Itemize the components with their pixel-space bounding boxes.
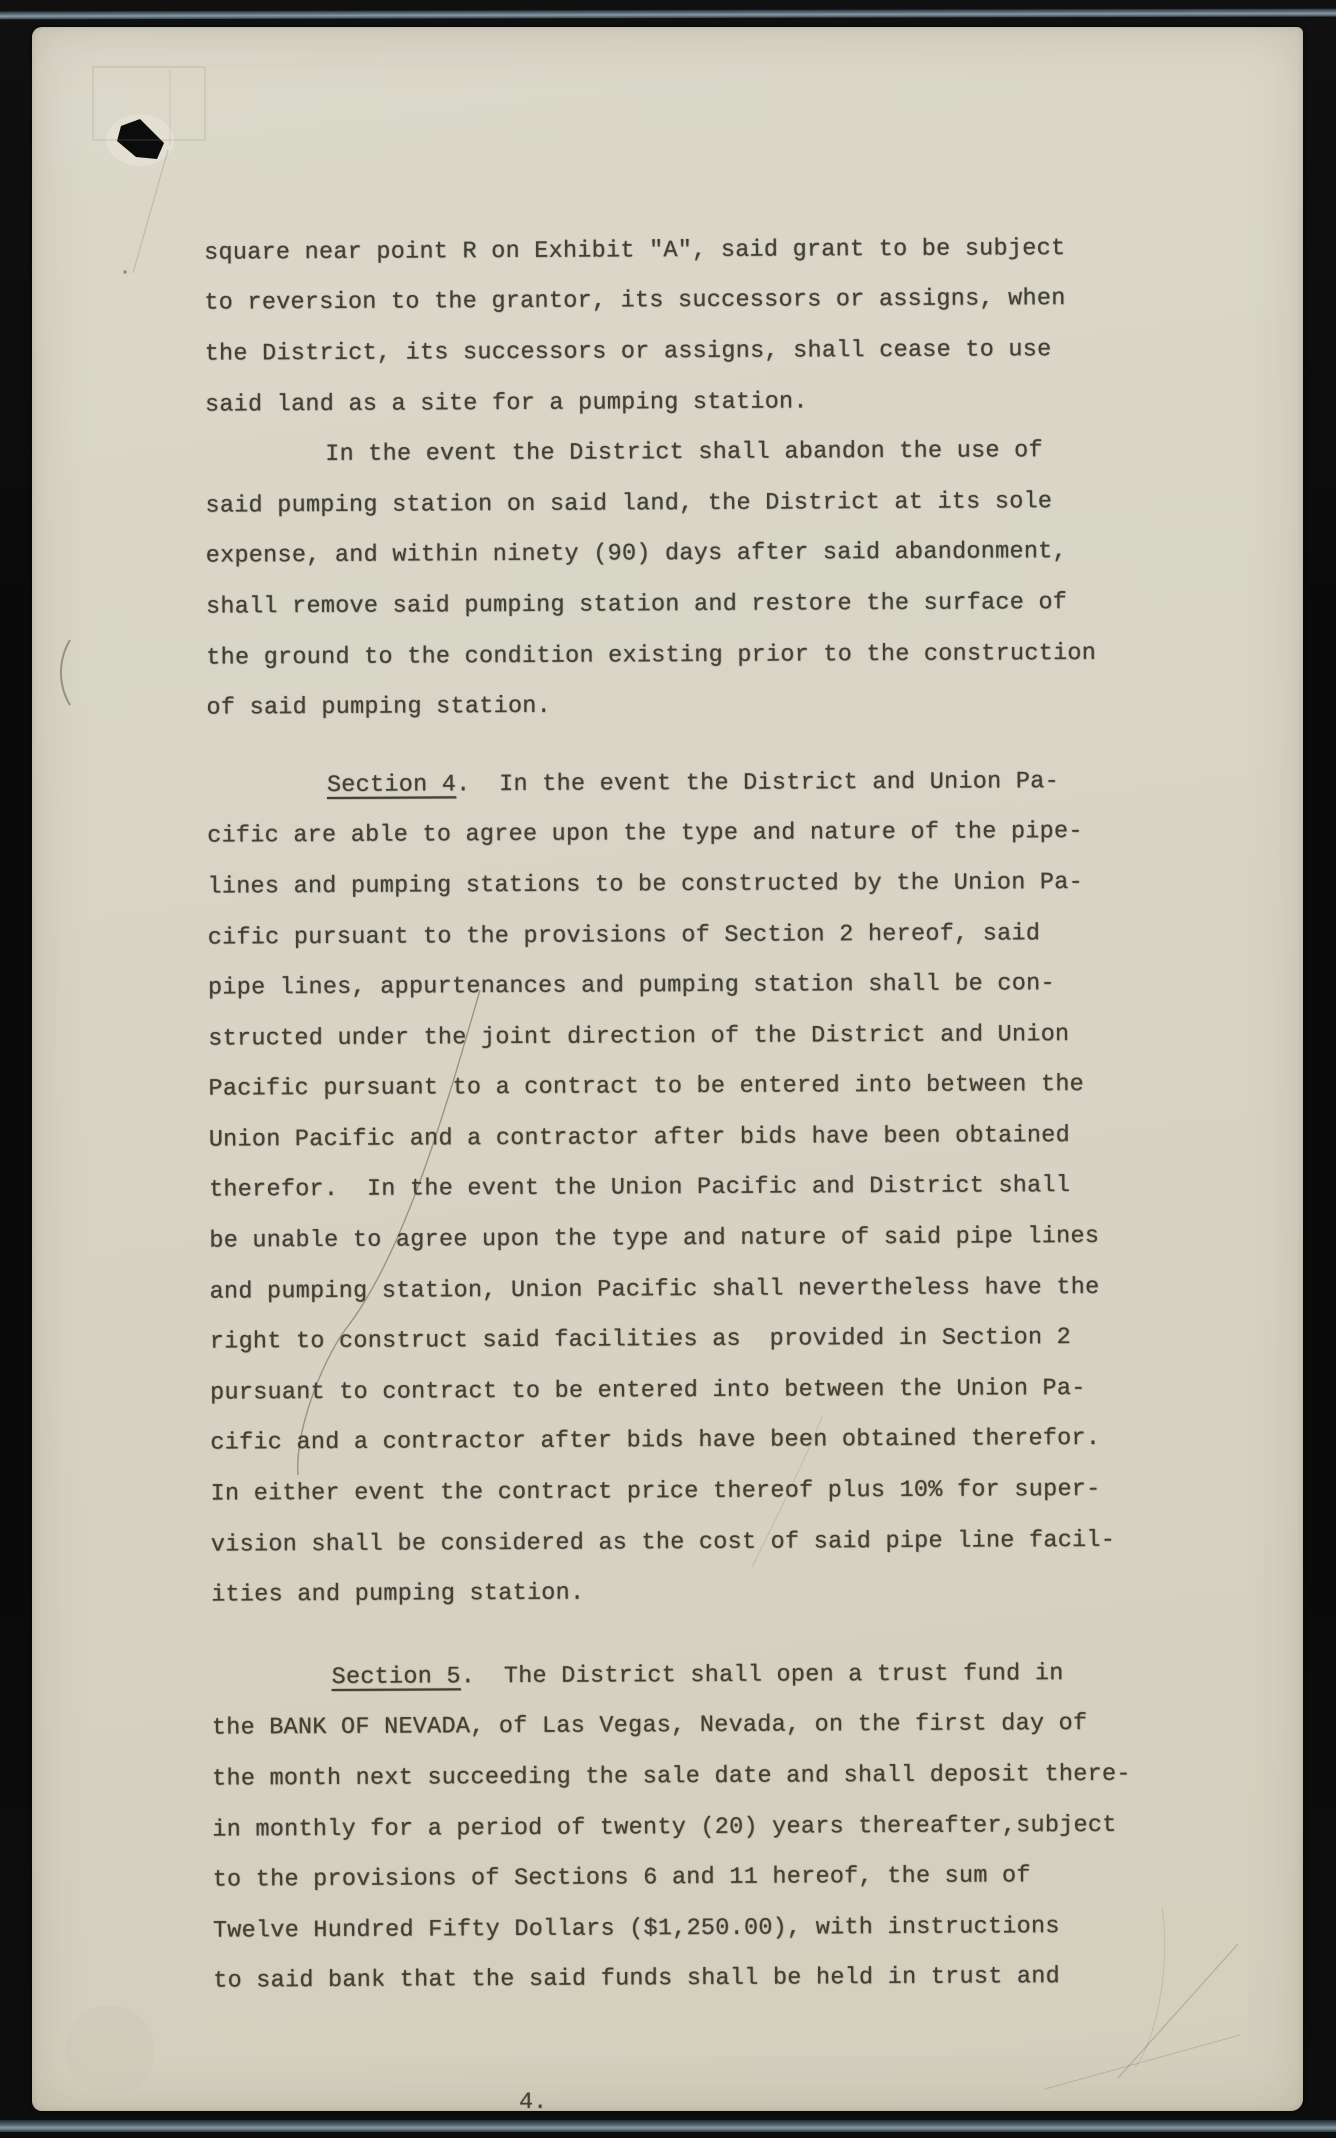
document-page: square near point R on Exhibit "A", said…	[32, 27, 1303, 2111]
text-line: and pumping station, Union Pacific shall…	[209, 1261, 1209, 1317]
text-line: the BANK OF NEVADA, of Las Vegas, Nevada…	[212, 1698, 1212, 1754]
scanner-edge-bottom	[0, 2120, 1336, 2132]
section-heading: Section 4	[327, 771, 456, 799]
text-segment: cific are able to agree upon the type an…	[207, 818, 1083, 850]
text-line: Section 4. In the event the District and…	[207, 755, 1207, 811]
text-segment: be unable to agree upon the type and nat…	[209, 1223, 1099, 1255]
text-line: shall remove said pumping station and re…	[206, 577, 1206, 633]
text-segment: lines and pumping stations to be constru…	[207, 869, 1083, 901]
text-segment: vision shall be considered as the cost o…	[211, 1527, 1115, 1559]
scanner-edge-top	[0, 9, 1336, 20]
text-segment: to said bank that the said funds shall b…	[213, 1964, 1060, 1995]
text-segment: Twelve Hundred Fifty Dollars ($1,250.00)…	[213, 1913, 1060, 1944]
text-segment: and pumping station, Union Pacific shall…	[210, 1274, 1100, 1306]
text-segment: the District, its successors or assigns,…	[205, 336, 1052, 367]
torn-hole-mark	[117, 119, 164, 159]
scanned-page-background: square near point R on Exhibit "A", said…	[0, 0, 1336, 2138]
text-line: to the provisions of Sections 6 and 11 h…	[213, 1850, 1213, 1906]
text-segment: right to construct said facilities as pr…	[210, 1324, 1071, 1356]
text-segment: to reversion to the grantor, its success…	[204, 285, 1065, 317]
text-line: in monthly for a period of twenty (20) y…	[212, 1799, 1212, 1855]
section-heading: Section 5	[332, 1663, 461, 1691]
text-line: cific are able to agree upon the type an…	[207, 806, 1207, 862]
text-segment: square near point R on Exhibit "A", said…	[204, 235, 1065, 267]
text-segment: of said pumping station.	[206, 693, 551, 722]
text-segment: structed under the joint direction of th…	[208, 1021, 1069, 1053]
text-segment: said land as a site for a pumping statio…	[205, 388, 808, 418]
text-line: right to construct said facilities as pr…	[210, 1312, 1210, 1368]
text-line: Union Pacific and a contractor after bid…	[209, 1109, 1209, 1165]
text-line: said pumping station on said land, the D…	[205, 475, 1205, 531]
text-line: the District, its successors or assigns,…	[205, 324, 1205, 380]
text-segment: pursuant to contract to be entered into …	[210, 1375, 1086, 1407]
text-segment: ities and pumping station.	[211, 1580, 584, 1609]
text-line: Section 5. The District shall open a tru…	[211, 1647, 1211, 1703]
text-line: ities and pumping station.	[211, 1565, 1211, 1621]
text-line: the ground to the condition existing pri…	[206, 627, 1206, 683]
abrasion-halo	[106, 114, 174, 166]
text-segment: In the event the District shall abandon …	[325, 437, 1043, 468]
text-segment: said pumping station on said land, the D…	[205, 488, 1052, 519]
text-segment: therefor. In the event the Union Pacific…	[209, 1173, 1070, 1205]
text-line: In either event the contract price there…	[211, 1464, 1211, 1520]
text-line: cific pursuant to the provisions of Sect…	[208, 907, 1208, 963]
text-line: be unable to agree upon the type and nat…	[209, 1211, 1209, 1267]
text-line: of said pumping station.	[206, 678, 1206, 734]
text-segment: . In the event the District and Union Pa…	[456, 768, 1059, 798]
text-line: structed under the joint direction of th…	[208, 1008, 1208, 1064]
text-segment: pipe lines, appurtenances and pumping st…	[208, 970, 1055, 1001]
text-segment: in monthly for a period of twenty (20) y…	[212, 1811, 1116, 1843]
text-line: the month next succeeding the sale date …	[212, 1749, 1212, 1805]
text-segment: In either event the contract price there…	[211, 1476, 1101, 1508]
text-line: therefor. In the event the Union Pacific…	[209, 1160, 1209, 1216]
text-line: square near point R on Exhibit "A", said…	[204, 222, 1204, 278]
text-line: lines and pumping stations to be constru…	[207, 856, 1207, 912]
text-line: to said bank that the said funds shall b…	[213, 1951, 1213, 2007]
text-segment: cific and a contractor after bids have b…	[210, 1425, 1100, 1457]
text-segment: expense, and within ninety (90) days aft…	[206, 538, 1067, 570]
text-line: said land as a site for a pumping statio…	[205, 374, 1205, 430]
text-segment: cific pursuant to the provisions of Sect…	[208, 920, 1041, 951]
typewritten-text: square near point R on Exhibit "A", said…	[204, 222, 1213, 2006]
text-line: to reversion to the grantor, its success…	[204, 273, 1204, 329]
page-number: 4.	[519, 2089, 547, 2116]
text-line: In the event the District shall abandon …	[205, 425, 1205, 481]
text-line: pipe lines, appurtenances and pumping st…	[208, 958, 1208, 1014]
text-line: pursuant to contract to be entered into …	[210, 1362, 1210, 1418]
text-line: cific and a contractor after bids have b…	[210, 1413, 1210, 1469]
text-segment: shall remove said pumping station and re…	[206, 589, 1067, 621]
text-line: Twelve Hundred Fifty Dollars ($1,250.00)…	[213, 1900, 1213, 1956]
text-line: vision shall be considered as the cost o…	[211, 1514, 1211, 1570]
text-segment: . The District shall open a trust fund i…	[461, 1660, 1064, 1690]
text-segment: the BANK OF NEVADA, of Las Vegas, Nevada…	[212, 1710, 1088, 1742]
text-line: expense, and within ninety (90) days aft…	[206, 526, 1206, 582]
text-segment: Union Pacific and a contractor after bid…	[209, 1122, 1070, 1154]
text-segment: the month next succeeding the sale date …	[212, 1761, 1131, 1793]
text-segment: Pacific pursuant to a contract to be ent…	[208, 1071, 1084, 1103]
text-line: Pacific pursuant to a contract to be ent…	[208, 1059, 1208, 1115]
text-segment: the ground to the condition existing pri…	[206, 639, 1096, 671]
text-segment: to the provisions of Sections 6 and 11 h…	[213, 1863, 1031, 1894]
